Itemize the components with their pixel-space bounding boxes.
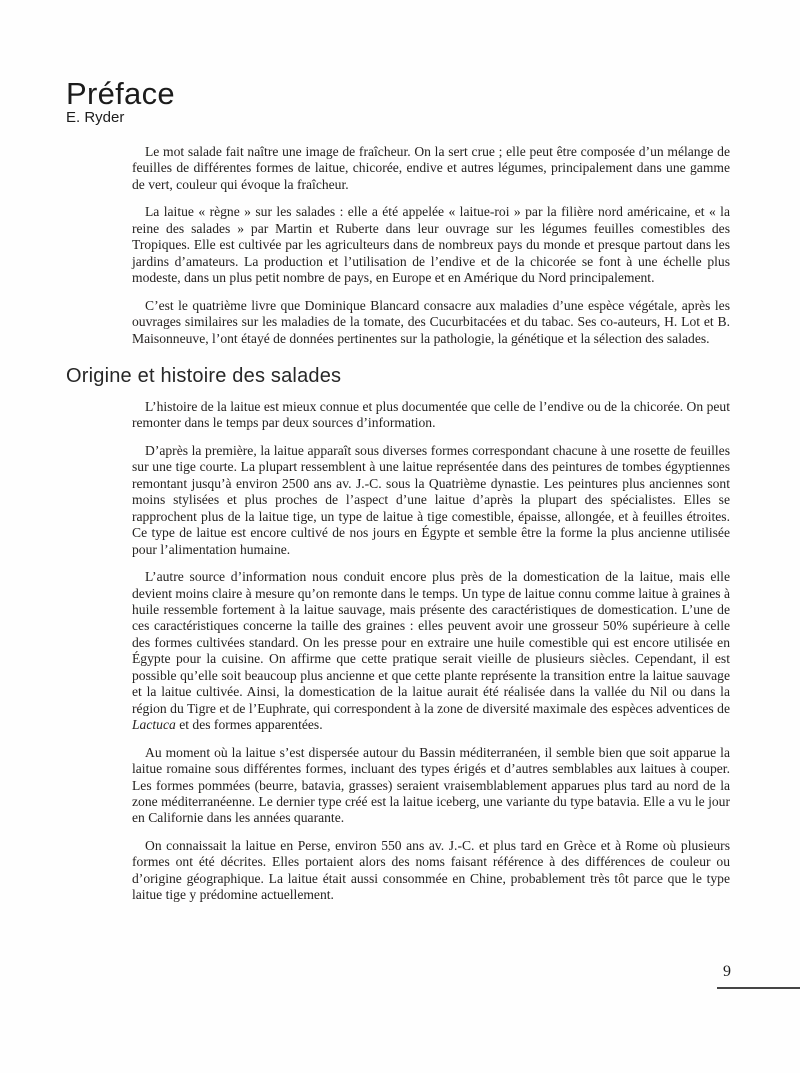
- paragraph-quatrieme-livre: C’est le quatrième livre que Dominique B…: [132, 298, 730, 347]
- page-number: 9: [723, 963, 731, 981]
- text-after-latin: et des formes apparentées.: [176, 717, 323, 732]
- latin-genus-name: Lactuca: [132, 717, 176, 732]
- paragraph-histoire-laitue: L’histoire de la laitue est mieux connue…: [132, 399, 730, 432]
- book-page: Préface E. Ryder Le mot salade fait naît…: [0, 0, 800, 1073]
- paragraph-laitue-regne: La laitue « règne » sur les salades : el…: [132, 204, 730, 286]
- paragraph-salade-intro: Le mot salade fait naître une image de f…: [132, 144, 730, 193]
- section-heading: Origine et histoire des salades: [66, 365, 730, 387]
- preface-header: Préface E. Ryder: [66, 78, 175, 126]
- paragraph-bassin-mediterraneen: Au moment où la laitue s’est dispersée a…: [132, 745, 730, 827]
- paragraph-domestication: L’autre source d’information nous condui…: [132, 569, 730, 734]
- page-title: Préface: [66, 78, 175, 110]
- paragraph-perse-grece-rome: On connaissait la laitue en Perse, envir…: [132, 838, 730, 904]
- text-content: Le mot salade fait naître une image de f…: [132, 144, 730, 915]
- paragraph-premiere-source: D’après la première, la laitue apparaît …: [132, 443, 730, 558]
- text-before-latin: L’autre source d’information nous condui…: [132, 569, 730, 716]
- author-name: E. Ryder: [66, 110, 175, 126]
- page-number-rule: [717, 987, 800, 989]
